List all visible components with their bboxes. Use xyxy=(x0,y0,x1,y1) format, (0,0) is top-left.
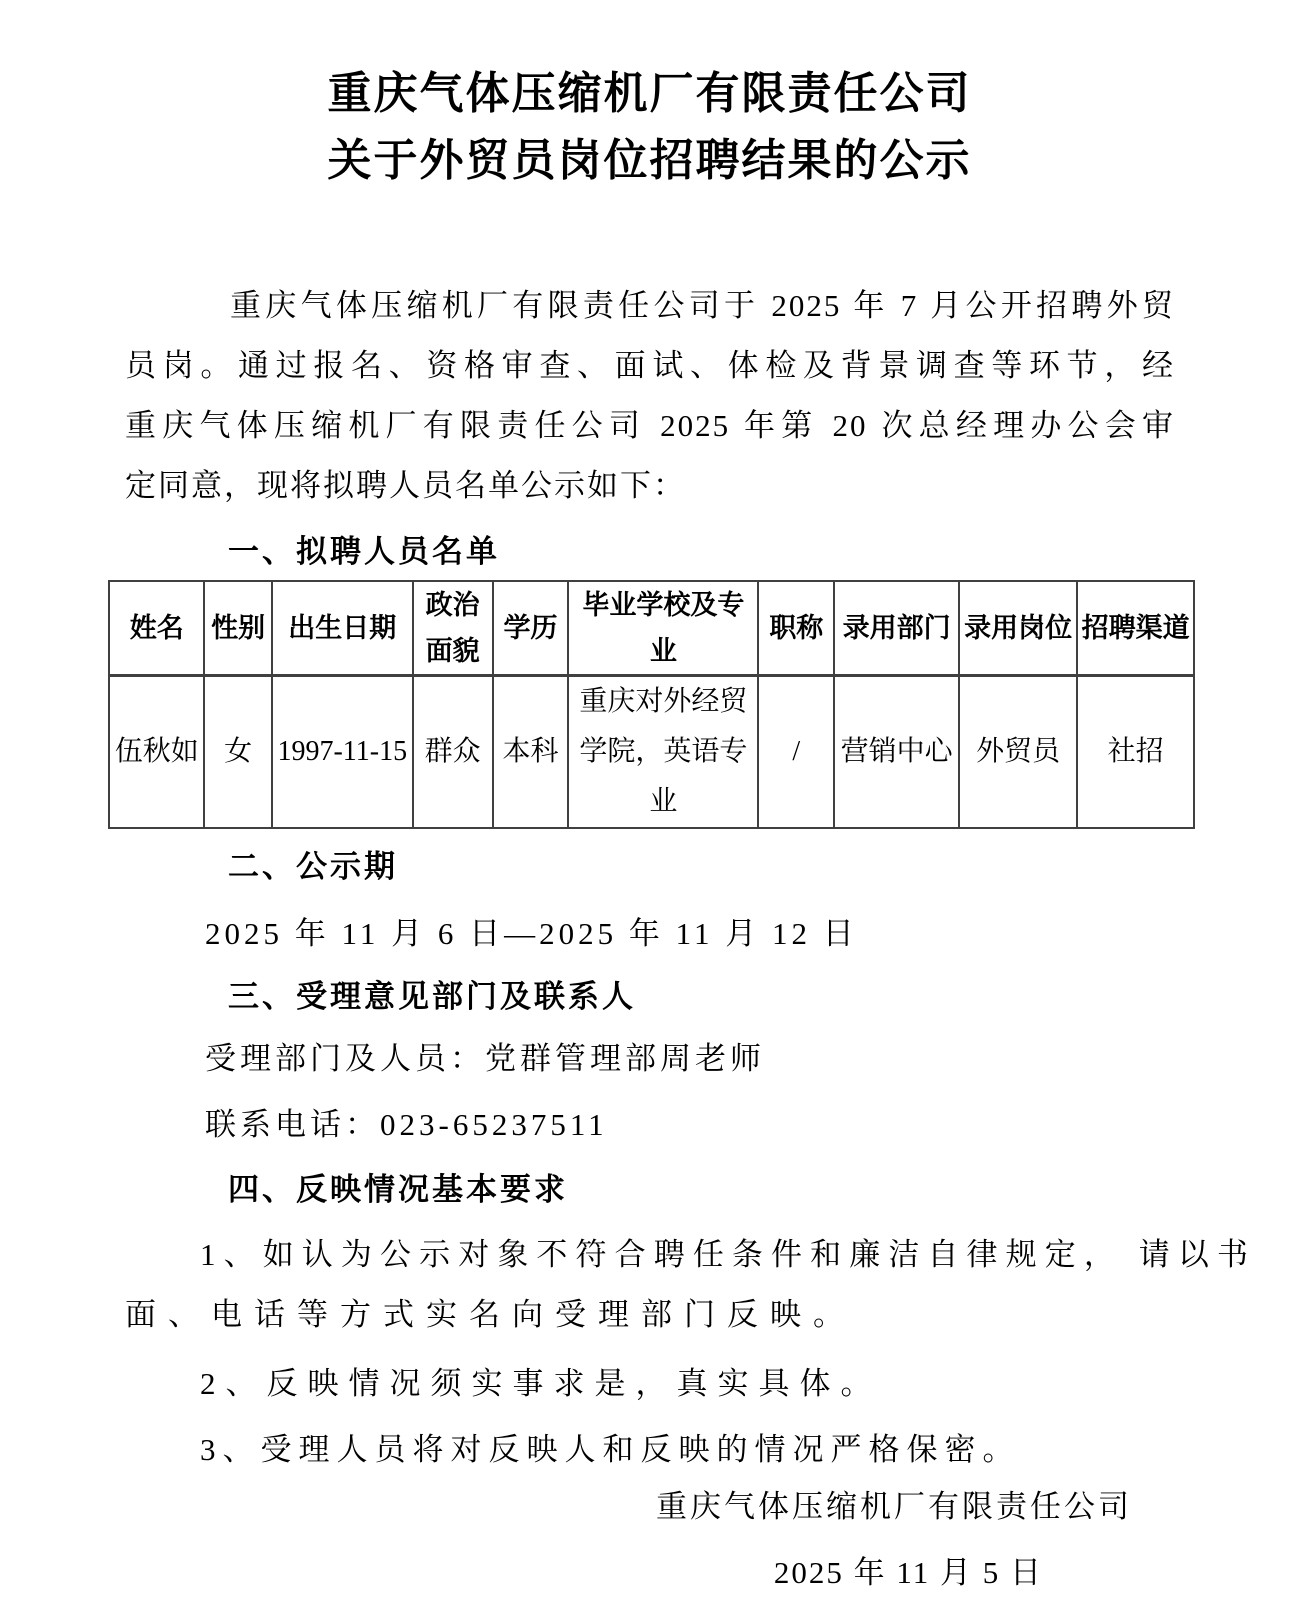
requirement-item-1-line-1: 1、如认为公示对象不符合聘任条件和廉洁自律规定， 请以书 xyxy=(125,1225,1250,1285)
contact-phone: 联系电话：023-65237511 xyxy=(205,1095,1299,1155)
intro-line: 定同意，现将拟聘人员名单公示如下： xyxy=(125,456,1175,516)
col-header-school-major: 毕业学校及专业 xyxy=(568,581,758,676)
publicity-period: 2025 年 11 月 6 日—2025 年 11 月 12 日 xyxy=(205,904,1299,964)
table-header-row: 姓名 性别 出生日期 政治面貌 学历 毕业学校及专业 职称 录用部门 录用岗位 … xyxy=(109,581,1194,676)
cell-education: 本科 xyxy=(493,676,569,829)
contact-department: 受理部门及人员：党群管理部周老师 xyxy=(205,1029,1299,1089)
col-header-title: 职称 xyxy=(758,581,834,676)
cell-title: / xyxy=(758,676,834,829)
requirement-item-1-line-2: 面、电话等方式实名向受理部门反映。 xyxy=(125,1285,1299,1345)
candidate-table: 姓名 性别 出生日期 政治面貌 学历 毕业学校及专业 职称 录用部门 录用岗位 … xyxy=(108,580,1195,829)
cell-political-status: 群众 xyxy=(413,676,493,829)
cell-channel: 社招 xyxy=(1077,676,1194,829)
cell-position: 外贸员 xyxy=(959,676,1077,829)
intro-line: 员岗。通过报名、资格审查、面试、体检及背景调查等环节，经 xyxy=(125,336,1175,396)
announcement-document: 重庆气体压缩机厂有限责任公司 关于外贸员岗位招聘结果的公示 重庆气体压缩机厂有限… xyxy=(0,0,1299,1600)
cell-birthdate: 1997-11-15 xyxy=(272,676,413,829)
col-header-channel: 招聘渠道 xyxy=(1077,581,1194,676)
section4-heading: 四、反映情况基本要求 xyxy=(228,1168,1299,1212)
section2-heading: 二、公示期 xyxy=(228,845,1299,889)
col-header-department: 录用部门 xyxy=(834,581,959,676)
requirement-item-2: 2、反映情况须实事求是，真实具体。 xyxy=(200,1354,1299,1414)
col-header-education: 学历 xyxy=(493,581,569,676)
cell-school-major: 重庆对外经贸学院，英语专业 xyxy=(568,676,758,829)
col-header-position: 录用岗位 xyxy=(959,581,1077,676)
intro-line: 重庆气体压缩机厂有限责任公司 2025 年第 20 次总经理办公会审 xyxy=(125,396,1175,456)
col-header-birthdate: 出生日期 xyxy=(272,581,413,676)
col-header-gender: 性别 xyxy=(204,581,271,676)
intro-paragraph: 重庆气体压缩机厂有限责任公司于 2025 年 7 月公开招聘外贸 员岗。通过报名… xyxy=(125,276,1175,516)
intro-line: 重庆气体压缩机厂有限责任公司于 2025 年 7 月公开招聘外贸 xyxy=(125,276,1175,336)
cell-name: 伍秋如 xyxy=(109,676,204,829)
cell-gender: 女 xyxy=(204,676,271,829)
col-header-name: 姓名 xyxy=(109,581,204,676)
signature-date: 2025 年 11 月 5 日 xyxy=(0,1548,1299,1598)
document-title: 重庆气体压缩机厂有限责任公司 关于外贸员岗位招聘结果的公示 xyxy=(0,0,1299,194)
signature-company: 重庆气体压缩机厂有限责任公司 xyxy=(0,1482,1299,1532)
col-header-political-status: 政治面貌 xyxy=(413,581,493,676)
title-line-2: 关于外贸员岗位招聘结果的公示 xyxy=(0,127,1299,194)
cell-department: 营销中心 xyxy=(834,676,959,829)
requirement-item-3: 3、受理人员将对反映人和反映的情况严格保密。 xyxy=(200,1420,1299,1480)
section1-heading: 一、拟聘人员名单 xyxy=(228,530,1299,574)
table-row: 伍秋如 女 1997-11-15 群众 本科 重庆对外经贸学院，英语专业 / 营… xyxy=(109,676,1194,829)
section3-heading: 三、受理意见部门及联系人 xyxy=(228,975,1299,1019)
title-line-1: 重庆气体压缩机厂有限责任公司 xyxy=(0,60,1299,127)
